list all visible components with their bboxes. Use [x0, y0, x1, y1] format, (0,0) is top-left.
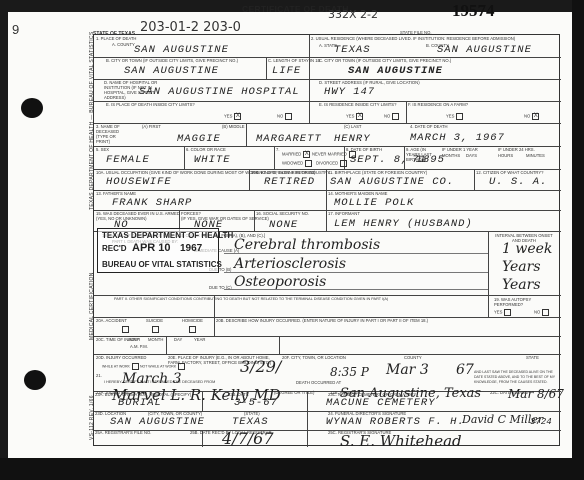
- punch-hole-top: [21, 98, 43, 118]
- mother-value: MOLLIE POLK: [334, 198, 414, 209]
- injury-hour-label: Hour: [128, 337, 140, 342]
- occupation-value: HOUSEWIFE: [106, 177, 172, 188]
- mother-label: 14. MOTHER'S MAIDEN NAME: [328, 191, 387, 196]
- birthplace-label: 11. BIRTHPLACE (State or foreign country…: [328, 170, 427, 175]
- citizen-label: 12. CITIZEN OF WHAT COUNTRY?: [476, 170, 543, 175]
- stamp-line3: BUREAU OF VITAL STATISTICS: [102, 260, 222, 269]
- age-value: 71: [412, 155, 427, 166]
- cemetery-value: MACUNE CEMETERY: [326, 398, 436, 409]
- injury-month-label: Month: [148, 337, 163, 342]
- informant-label: 17. INFORMANT: [328, 211, 360, 216]
- injury-city-label: 20f. CITY, TOWN, OR LOCATION: [282, 355, 346, 360]
- marital-label: 7.: [276, 147, 280, 152]
- injury-county-label: COUNTY: [404, 355, 422, 360]
- last-seen-value: Mar 3: [386, 363, 429, 377]
- injury-day-label: Day: [174, 337, 182, 342]
- stamp-date: APR 10: [132, 242, 171, 254]
- marital-divorced[interactable]: Divorced: [316, 160, 347, 167]
- father-value: FRANK SHARP: [112, 198, 192, 209]
- cause-c-value: Osteoporosis: [234, 275, 326, 289]
- race-value: WHITE: [194, 155, 231, 166]
- middle-name-value: MARGARETT: [256, 134, 322, 145]
- interval-a-value: 1 week: [502, 242, 552, 256]
- date-of-death-label: 4. DATE OF DEATH: [410, 124, 448, 129]
- date-of-death-value: MARCH 3, 1967: [410, 133, 505, 144]
- residence-city-label: c. CITY OR TOWN (If outside city limits,…: [319, 58, 451, 63]
- last-seen-text: and last saw the deceased alive on the d…: [474, 370, 559, 385]
- sex-value: FEMALE: [106, 155, 150, 166]
- residence-inside-limits-yes[interactable]: YESX: [346, 113, 363, 120]
- scan-border-right: [572, 0, 584, 480]
- describe-injury-label: 20b. DESCRIBE HOW INJURY OCCURRED. (Ente…: [216, 318, 428, 323]
- scan-border-bottom: [0, 458, 584, 480]
- stamp-recd: REC'D: [102, 244, 127, 253]
- first-name-value: MAGGIE: [177, 134, 221, 145]
- suicide-label: SUICIDE: [146, 318, 163, 323]
- birthplace-value: SAN AUGUSTINE CO.: [330, 177, 454, 188]
- middle-name-label: (b) Middle: [222, 124, 245, 129]
- last-seen-year-value: 67: [456, 363, 474, 377]
- funeral-home-value: WYNAN ROBERTS F. H.: [326, 417, 465, 428]
- registrar-file-label: 25a. REGISTRAR'S FILE NO.: [95, 430, 151, 435]
- ssn-label: 16. SOCIAL SECURITY NO.: [256, 211, 309, 216]
- deceased-name-label: 3. NAME OF DECEASED (Type or print): [96, 124, 124, 144]
- farm-yes[interactable]: YES: [446, 113, 463, 120]
- cause-b-value: Arteriosclerosis: [234, 257, 346, 271]
- marital-married[interactable]: MarriedX: [282, 151, 310, 158]
- death-city-label: b. CITY OR TOWN (If outside city limits,…: [106, 58, 238, 63]
- months-label: Months: [442, 153, 460, 158]
- residence-city-value: SAN AUGUSTINE: [348, 66, 443, 77]
- interval-c-value: Years: [502, 278, 541, 292]
- place-of-death-label: 1. PLACE OF DEATH: [96, 36, 136, 41]
- hospital-value: SAN AUGUSTINE HOSPITAL: [139, 87, 300, 98]
- residence-inside-limits-no[interactable]: NO: [384, 113, 399, 120]
- funeral-director-number: 3724: [530, 417, 552, 428]
- residence-inside-limits-label: e. IS RESIDENCE INSIDE CITY LIMITS?: [319, 102, 396, 107]
- interval-b-value: Years: [502, 260, 541, 274]
- death-inside-limits-yes[interactable]: YESX: [224, 113, 241, 120]
- farm-label: f. IS RESIDENCE ON A FARM?: [408, 102, 468, 107]
- burial-state-value: TEXAS: [232, 417, 269, 428]
- business-label: 10b. KIND OF BUSINESS OR INDUSTRY: [251, 170, 330, 175]
- burial-method-value: BURIAL: [118, 398, 162, 409]
- under-24-hrs-label: IF UNDER 24 HRS.: [498, 147, 535, 152]
- informant-value: LEM HENRY (HUSBAND): [334, 219, 473, 230]
- hours-label: Hours: [498, 153, 513, 158]
- autopsy-no[interactable]: NO: [534, 309, 549, 316]
- dob-label: 8. DATE OF BIRTH: [346, 147, 382, 152]
- header-handwritten-numbers: 203-01-2 203-0: [140, 20, 241, 35]
- death-inside-limits-label: e. IS PLACE OF DEATH INSIDE CITY LIMITS?: [106, 102, 195, 107]
- citizen-value: U. S. A.: [489, 177, 547, 188]
- farm-no[interactable]: NOX: [524, 113, 539, 120]
- race-label: 6. COLOR OR RACE: [186, 147, 226, 152]
- death-county-value: SAN AUGUSTINE: [134, 45, 229, 56]
- injury-occurred-label: 20d. INJURY OCCURRED: [96, 355, 146, 360]
- degree-label: (Degree or title): [274, 390, 314, 395]
- registrar-signature: S. E. Whitehead: [340, 434, 462, 448]
- death-county-label: a. COUNTY: [112, 42, 135, 47]
- burial-date-value: 3-5-67: [234, 398, 278, 409]
- residence-state-value: TEXAS: [334, 45, 371, 56]
- under-1-year-label: IF UNDER 1 YEAR: [442, 147, 478, 152]
- while-at-work-option[interactable]: WHILE AT WORK: [102, 363, 139, 370]
- stamp-year: 1967: [180, 243, 202, 254]
- street-label: d. STREET ADDRESS (If rural, give locati…: [319, 80, 420, 85]
- death-city-value: SAN AUGUSTINE: [124, 66, 219, 77]
- date-signed-value: Mar 8/67: [508, 387, 564, 401]
- ampm-label: a.m. p.m.: [130, 344, 148, 349]
- date-received-value: 4/7/67: [222, 432, 274, 446]
- received-stamp: TEXAS DEPARTMENT OF HEALTH REC'D APR 10 …: [97, 228, 219, 273]
- handwritten-code: 332X 2-2: [328, 8, 378, 21]
- marital-widowed[interactable]: Widowed: [282, 160, 312, 167]
- last-name-label: (c) Last: [344, 124, 361, 129]
- accident-checkbox[interactable]: [122, 326, 129, 333]
- ssn-value: NONE: [269, 220, 298, 231]
- cause-a-value: Cerebral thrombosis: [234, 238, 380, 252]
- first-name-label: (a) First: [142, 124, 161, 129]
- usual-residence-label: 2. USUAL RESIDENCE (Where deceased lived…: [311, 36, 515, 41]
- suicide-checkbox[interactable]: [152, 326, 159, 333]
- burial-location-value: SAN AUGUSTINE: [110, 417, 205, 428]
- homicide-checkbox[interactable]: [189, 326, 196, 333]
- length-of-stay-label: c. LENGTH OF STAY in 1b: [268, 58, 320, 63]
- death-time-value: 8:35 P: [330, 365, 369, 379]
- minutes-label: Minutes: [526, 153, 545, 158]
- residence-county-value: SAN AUGUSTINE: [437, 45, 532, 56]
- accident-label: 20a. ACCIDENT: [96, 318, 127, 323]
- autopsy-label: 19. WAS AUTOPSY PERFORMED?: [494, 297, 554, 307]
- margin-mark: 9: [12, 22, 19, 37]
- injury-year-label: Year: [194, 337, 205, 342]
- injury-state-label: STATE: [526, 355, 539, 360]
- state-file-number: 19574: [452, 1, 495, 21]
- certify-item-label: 21.: [96, 373, 102, 378]
- autopsy-yes[interactable]: YES: [494, 309, 511, 316]
- last-name-value: HENRY: [334, 134, 371, 145]
- father-label: 13. FATHER'S NAME: [96, 191, 136, 196]
- street-value: HWY 147: [324, 87, 375, 98]
- attended-from-value: March 3: [122, 372, 182, 386]
- homicide-label: HOMICIDE: [182, 318, 203, 323]
- length-of-stay-value: LIFE: [272, 66, 301, 77]
- stamp-line1: TEXAS DEPARTMENT OF HEALTH: [102, 231, 233, 240]
- death-inside-limits-no[interactable]: NO: [277, 113, 292, 120]
- part2-label: PART II. OTHER SIGNIFICANT CONDITIONS CO…: [114, 297, 388, 302]
- attended-to-value: 3/29/: [240, 360, 281, 374]
- business-value: RETIRED: [264, 177, 315, 188]
- days-label: Days: [466, 153, 477, 158]
- death-occurred-at-label: Death occurred at: [296, 380, 341, 385]
- punch-hole-bottom: [24, 370, 46, 390]
- sex-label: 5. SEX: [96, 147, 109, 152]
